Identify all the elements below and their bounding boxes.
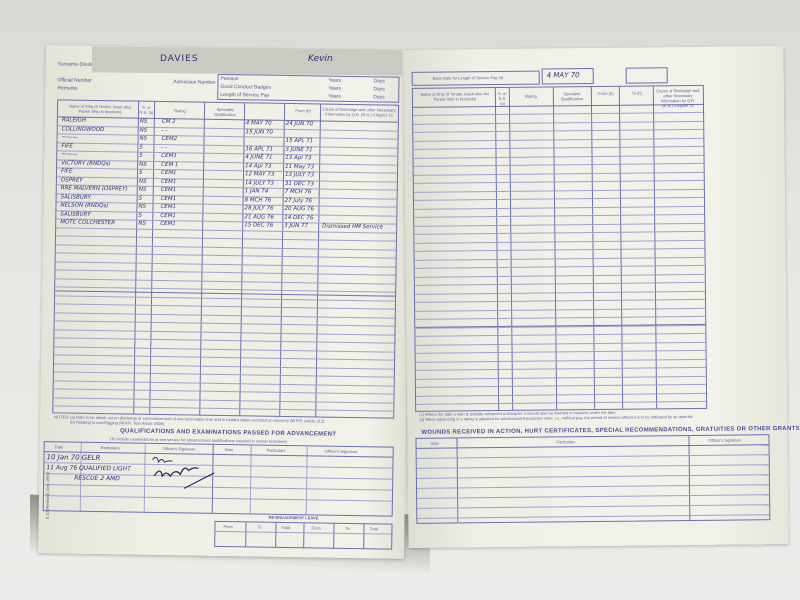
- ruled-line: [417, 504, 769, 509]
- ruled-line: [415, 256, 705, 260]
- base-date-label: Base Date for Length of Service Pay (d): [433, 75, 504, 81]
- cell-to: 3 JUN 77: [284, 223, 308, 229]
- years-label: Years: [328, 86, 341, 92]
- cell-sns: NS: [138, 204, 146, 210]
- cell-ship: SALISBURY: [61, 194, 92, 200]
- cell-ship: FIFE: [61, 168, 73, 174]
- ruled-line: [55, 278, 395, 284]
- cell-rating: CEM1: [161, 170, 177, 176]
- gcb-label: Good Conduct Badges: [220, 84, 271, 91]
- re-col-to-2: To: [345, 526, 349, 531]
- christian-names-tab: Kevin: [308, 54, 333, 64]
- cell-to: 27 July 76: [285, 197, 312, 203]
- ruled-line: [413, 112, 703, 116]
- cell-from: 14 JULY 73: [245, 180, 274, 186]
- ruled-line: [414, 214, 704, 218]
- service-record-right-page: Base Date for Length of Service Pay (d) …: [403, 46, 788, 548]
- cell-from: 12 MAY 73: [245, 171, 274, 177]
- ruled-line: [414, 188, 704, 192]
- cell-to: 15 APL 71: [285, 138, 313, 144]
- ruled-line: [415, 299, 705, 303]
- ruled-line: [415, 290, 705, 294]
- ruled-line: [417, 474, 769, 479]
- col-rating: Rating: [511, 93, 551, 98]
- pension-label: Pension: [220, 76, 238, 82]
- ruled-line: [417, 464, 769, 469]
- cell-to: 13 Apl 73: [285, 155, 311, 161]
- ruled-line: [414, 222, 704, 226]
- cell-ship: ———: [61, 151, 78, 157]
- ruled-line: [416, 401, 706, 405]
- ruled-line: [413, 137, 703, 141]
- cell-to: 11 May 73: [285, 163, 314, 169]
- col-qual: Specialist Qualification: [555, 91, 589, 101]
- cell-ship: SALISBURY: [60, 211, 91, 217]
- re-col-to: To: [257, 525, 261, 530]
- q-col-signature: Officer's Signature: [163, 446, 196, 452]
- cell-sns: NS: [139, 161, 147, 167]
- cell-sns: NS: [139, 178, 147, 184]
- ruled-line: [413, 120, 703, 124]
- cell-from: 28 JULY 76: [244, 205, 273, 211]
- cell-ship: FIFE: [61, 143, 73, 149]
- ruled-line: [414, 163, 704, 167]
- base-date-value: 4 MAY 70: [547, 71, 580, 79]
- ruled-line: [55, 312, 395, 318]
- ruled-line: [56, 252, 396, 258]
- cell-rating: - -: [162, 127, 168, 133]
- ruled-line: [414, 154, 704, 158]
- col-to: To (b): [621, 90, 653, 95]
- qualifications-table: Date Particulars Officer's Signature Dat…: [43, 441, 394, 516]
- cell-from: 4 MAY 70: [246, 120, 272, 126]
- col-cause: Cause of Discharge and other Necessary I…: [322, 107, 396, 118]
- days-label: Days: [373, 78, 384, 84]
- cell-sns: S: [139, 153, 143, 159]
- ruled-line: [416, 367, 706, 371]
- ruled-line: [56, 235, 396, 241]
- ruled-line: [413, 146, 703, 150]
- col-sns: S. or N.S. (a): [139, 105, 154, 115]
- q-col-date: Date: [55, 444, 64, 449]
- re-col-total-2: Total: [369, 526, 378, 531]
- cell-rating: CM 2: [162, 119, 176, 125]
- admission-number-label: Admission Number: [173, 79, 215, 86]
- cell-ship: COLLINGWOOD: [62, 126, 105, 133]
- col-sns: S. or N.S. (a): [496, 91, 509, 106]
- ruled-line: [417, 494, 769, 499]
- re-engagement-table: From To Total From To Total: [214, 521, 392, 550]
- ruled-line: [54, 371, 394, 377]
- col-from: From (b): [286, 108, 320, 114]
- ruled-line: [55, 329, 395, 335]
- col-cause: Cause of Discharge and other Necessary I…: [655, 88, 701, 108]
- cell-rating: CEM1: [161, 187, 177, 193]
- ruled-line: [415, 333, 705, 337]
- cell-ship: MOTC COLCHESTER: [60, 219, 115, 226]
- cell-sns: S: [138, 212, 142, 218]
- surname-value-tab: DAVIES: [160, 54, 199, 64]
- cell-from: 1 JAN 74: [245, 188, 269, 194]
- cell-ship: RRE MALVERN (OSPREY): [61, 185, 128, 192]
- ruled-line: [414, 197, 704, 201]
- cell-to: 31 DEC 73: [285, 180, 314, 186]
- re-col-from-2: From: [311, 525, 320, 530]
- cell-rating: CEM1: [160, 204, 176, 210]
- cell-from: 16 APL 71: [245, 146, 273, 152]
- ruled-line: [416, 384, 706, 388]
- ruled-line: [55, 303, 395, 309]
- ruled-line: [415, 273, 705, 277]
- ruled-line: [55, 269, 395, 275]
- cell-rating: - -: [161, 144, 167, 150]
- ruled-line: [417, 454, 769, 459]
- ruled-line: [54, 388, 394, 394]
- ruled-line: [55, 320, 395, 326]
- cell-from: 14 Apl 73: [245, 163, 271, 169]
- base-date-value-box: 4 MAY 70: [542, 68, 594, 85]
- ruled-line: [54, 354, 394, 360]
- cell-sns: S: [139, 170, 143, 176]
- cell-ship: NELSON (RNDQs): [60, 202, 108, 209]
- cell-cause: Dismissed HM Service: [322, 224, 383, 231]
- cell-ship: OSPREY: [61, 177, 83, 183]
- cell-rating: CEM1: [160, 221, 176, 227]
- cell-sns: NS: [138, 221, 146, 227]
- col-qual: Specialist Qualification: [206, 107, 244, 118]
- re-col-total: Total: [281, 525, 290, 530]
- ruled-line: [414, 239, 704, 243]
- cell-to: 24 JUN 70: [286, 121, 313, 127]
- cell-to: 7 MCH 76: [285, 189, 312, 195]
- cell-sns: NS: [139, 187, 147, 193]
- col-from: From (b): [593, 91, 619, 96]
- base-date-label-box: Base Date for Length of Service Pay (d): [412, 71, 540, 86]
- service-record-left-page: Surname (block letters) DAVIES Christian…: [38, 45, 412, 559]
- ruled-line: [53, 397, 393, 403]
- ruled-line: [416, 350, 706, 354]
- cell-from: 21 AUG 76: [244, 214, 274, 220]
- col-ship: Name of Ship (if Tender, insert also the…: [417, 91, 493, 102]
- cell-from: 15 DEC 76: [244, 222, 273, 228]
- ruled-line: [415, 341, 705, 345]
- years-label: Years: [328, 78, 341, 84]
- q-col-particulars: Particulars: [101, 445, 120, 450]
- cell-ship: ———: [62, 134, 79, 140]
- ruled-line: [416, 392, 706, 396]
- cell-ship: RALEIGH: [62, 117, 86, 123]
- ruled-line: [54, 346, 394, 352]
- service-history-table-right: Name of Ship (if Tender, insert also the…: [412, 85, 707, 412]
- ruled-line: [417, 514, 769, 519]
- ruled-line: [416, 358, 706, 362]
- ruled-line: [413, 129, 703, 133]
- ruled-line: [414, 231, 704, 235]
- ruled-line: [415, 307, 705, 311]
- ruled-line: [416, 375, 706, 379]
- cell-to: 3 JUNE 71: [285, 146, 312, 152]
- cell-to: 13 JULY 73: [285, 172, 314, 178]
- cell-sns: S: [139, 144, 143, 150]
- ruled-line: [414, 205, 704, 209]
- years-label: Years: [328, 94, 341, 100]
- ruled-line: [414, 180, 704, 184]
- ruled-line: [415, 248, 705, 252]
- officer-signature-icon: [148, 454, 219, 495]
- cell-rating: CEM 1: [161, 161, 178, 167]
- cell-to: 14 DEC 76: [284, 214, 313, 220]
- cell-from: 8 MCH 76: [245, 197, 272, 203]
- folded-edge: [92, 46, 402, 75]
- days-label: Days: [373, 86, 384, 92]
- cell-rating: CEM2: [162, 136, 178, 142]
- cell-rating: CEM1: [161, 195, 177, 201]
- cell-from: 4 JUNE 71: [245, 154, 272, 160]
- ruled-line: [414, 171, 704, 175]
- w-col-signature: Officer's Signature: [708, 437, 741, 442]
- qualification-entry: 11 Aug 76 QUALIFIED LIGHT: [46, 464, 131, 472]
- form-number: S.13 (Revised) (Dec 1966): [45, 472, 51, 519]
- cell-rating: CEM1: [161, 153, 177, 159]
- q-col-signature-2: Officer's Signature: [325, 449, 358, 455]
- q-col-date-2: Date: [225, 447, 234, 452]
- remarks-label: Remarks: [57, 85, 77, 91]
- ruled-line: [415, 316, 705, 320]
- ruled-line: [56, 244, 396, 250]
- cell-ship: VICTORY (RNDQs): [61, 160, 111, 167]
- ruled-line: [56, 261, 396, 267]
- col-ship: Name of Ship (if Tender, insert also Par…: [64, 103, 136, 114]
- ruled-line: [54, 380, 394, 386]
- ruled-line: [54, 363, 394, 369]
- cell-sns: NS: [140, 127, 148, 133]
- ruled-line: [415, 324, 705, 328]
- official-number-label: Official Number: [57, 77, 91, 84]
- col-blank: [246, 107, 282, 108]
- los-pay-label: Length of Service Pay: [220, 92, 269, 99]
- cell-rating: CEM1: [161, 178, 177, 184]
- qualification-entry: RESCUE 2 AMD: [74, 475, 120, 483]
- ruled-line: [415, 265, 705, 269]
- w-col-date: Date: [430, 441, 439, 446]
- w-col-particulars: Particulars: [556, 439, 575, 444]
- re-engagement-title: RE-ENGAGEMENT LEAVE: [269, 515, 319, 521]
- service-history-table: Name of Ship (if Tender, insert also Par…: [52, 99, 399, 418]
- cell-from: 15 JUN 70: [246, 129, 273, 135]
- cell-rating: CEM1: [160, 212, 176, 218]
- summary-box: Pension Years Days Good Conduct Badges Y…: [217, 74, 399, 103]
- ruled-line: [415, 282, 705, 286]
- ruled-line: [53, 405, 393, 411]
- ruled-line: [54, 337, 394, 343]
- days-label: Days: [373, 94, 384, 100]
- blank-box: [626, 67, 668, 83]
- col-rating: Rating: [158, 108, 202, 114]
- cell-to: 20 AUG 76: [284, 206, 314, 212]
- wounds-table: Date Particulars Officer's Signature: [415, 434, 770, 524]
- qualification-entry: 10 Jan 70 GELR: [46, 453, 100, 462]
- q-col-particulars-2: Particulars: [267, 448, 286, 453]
- cell-sns: S: [139, 195, 143, 201]
- re-col-from: From: [223, 524, 232, 529]
- cell-sns: NS: [140, 136, 148, 142]
- ruled-line: [417, 484, 769, 489]
- cell-sns: NS: [140, 119, 148, 125]
